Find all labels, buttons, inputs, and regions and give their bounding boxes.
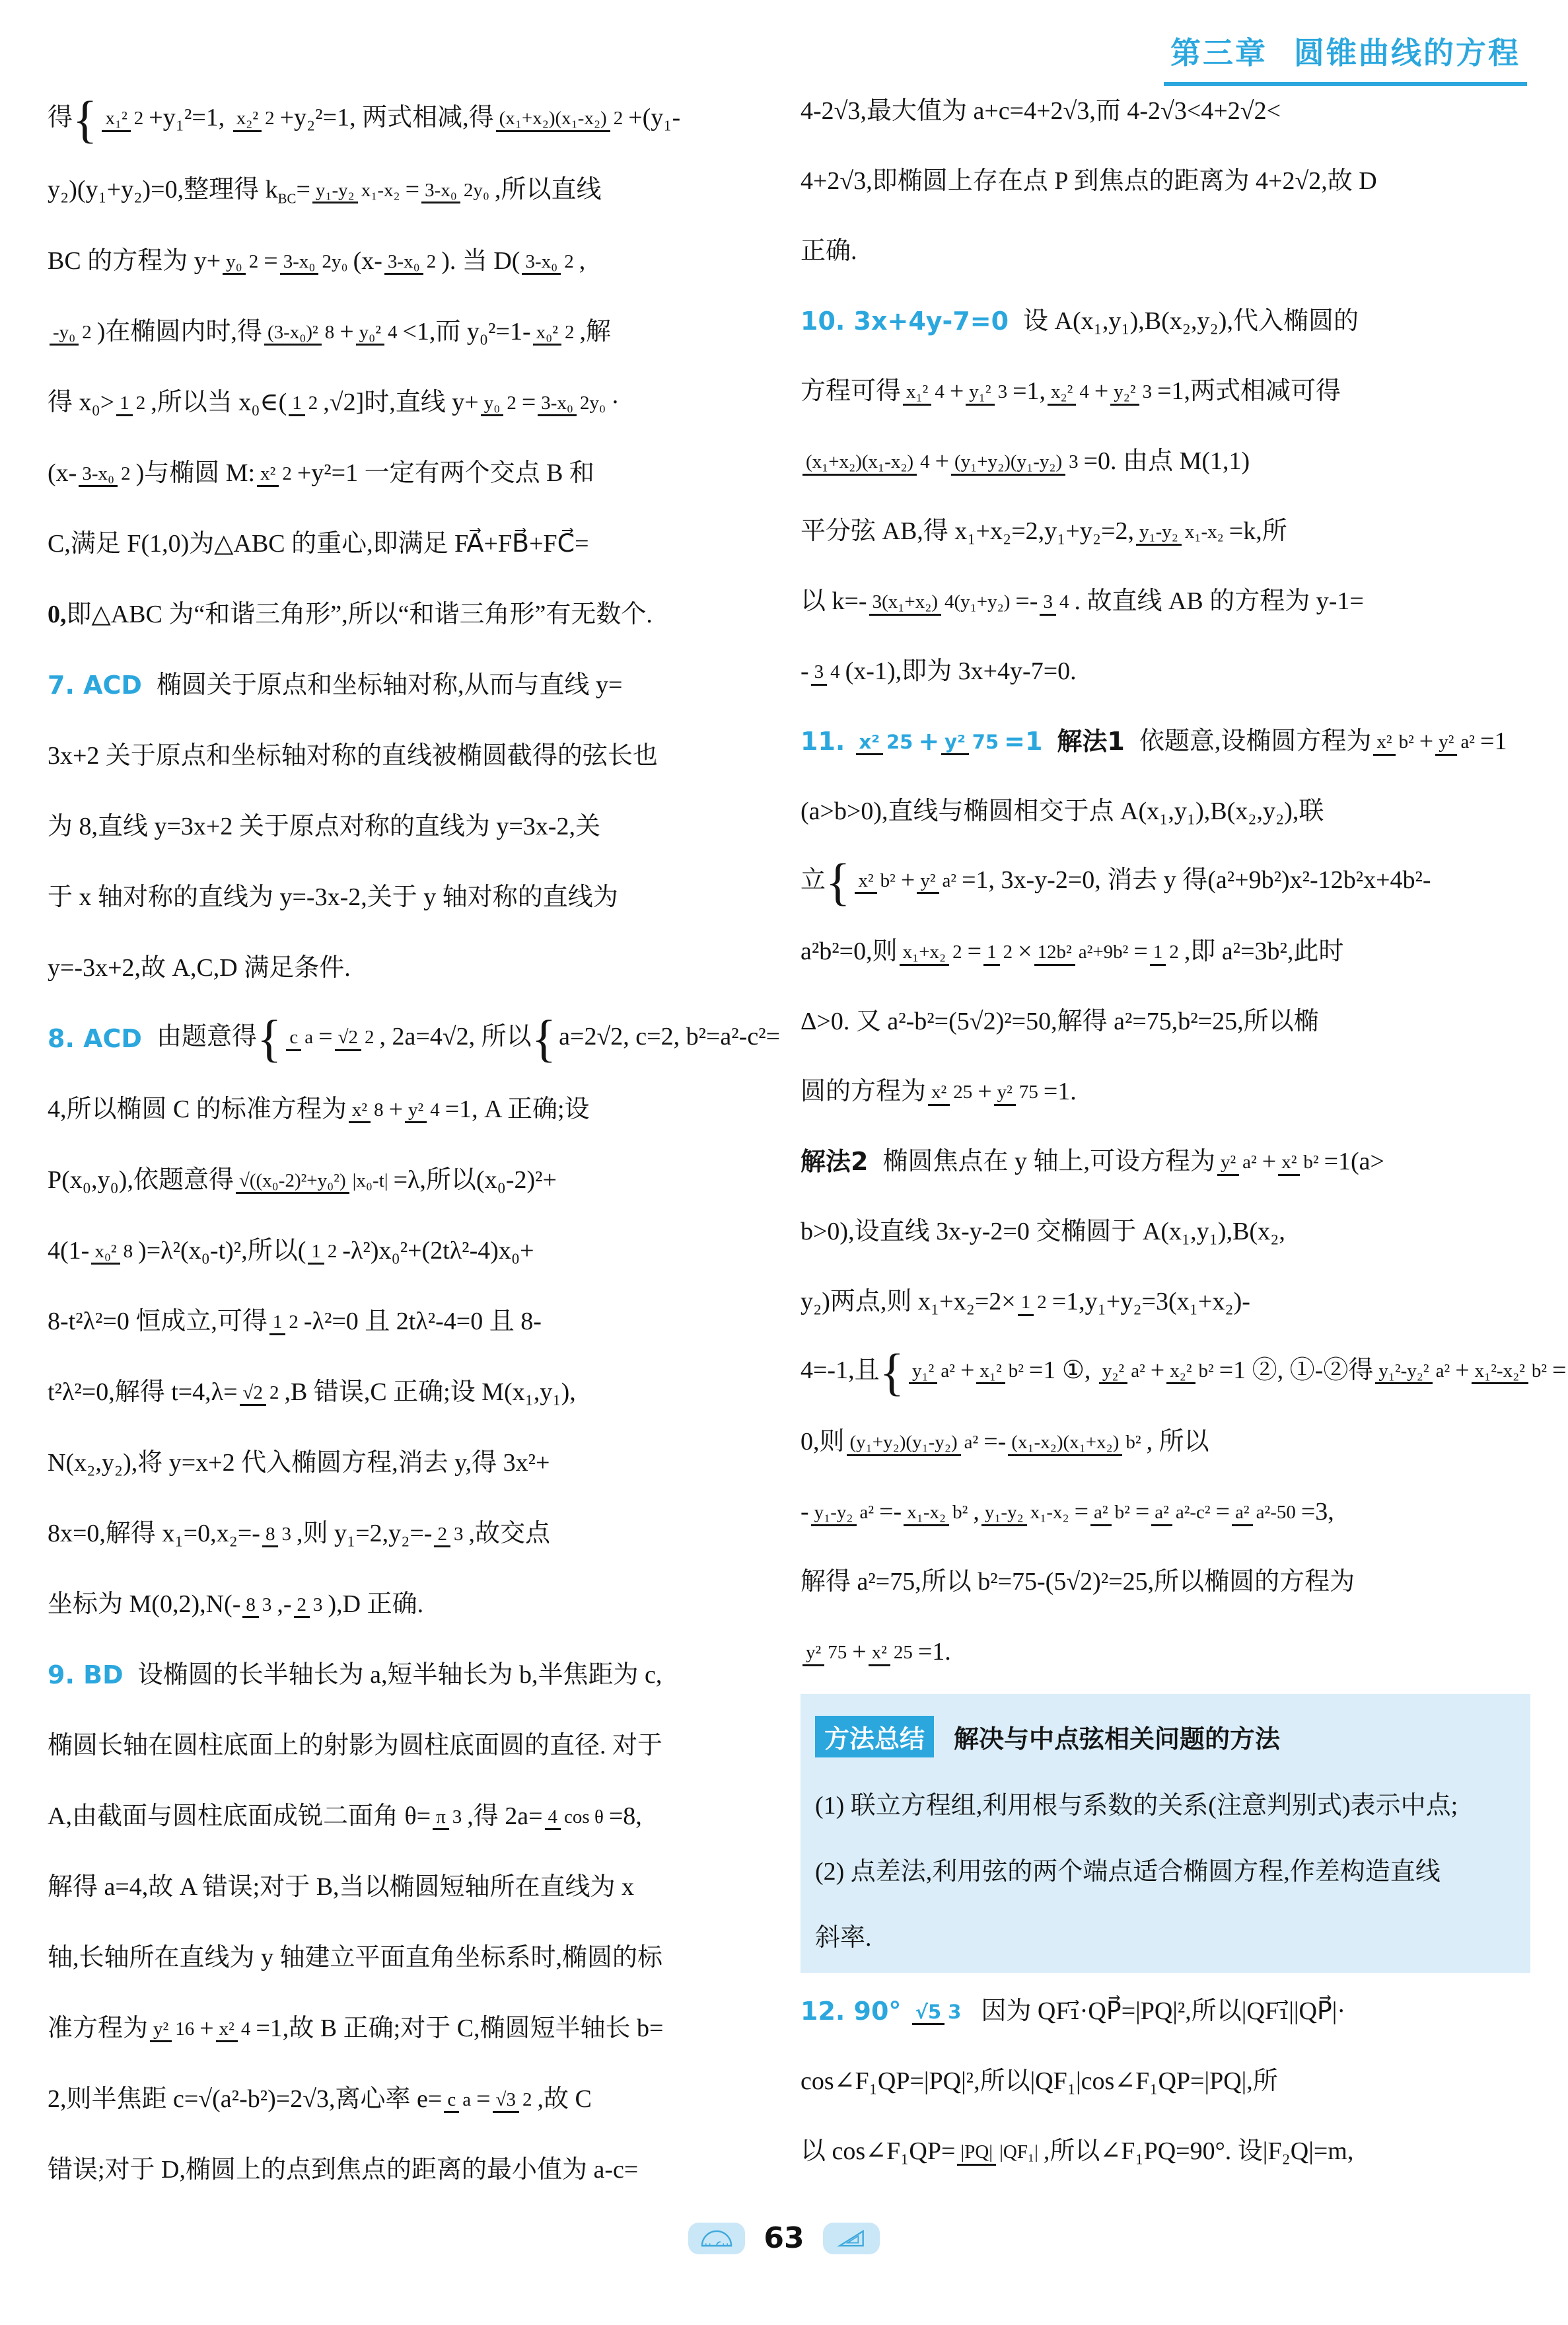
method-box-label: 方法总结 bbox=[815, 1716, 934, 1757]
text-line: 11. x²25+y²75=1解法1依题意,设椭圆方程为x²b²+y²a²=1 bbox=[801, 707, 1530, 777]
right-column-top: 4-2√3,最大值为 a+c=4+2√3,而 4-2√3<4+2√2<4+2√3… bbox=[801, 77, 1530, 1687]
text-line: 0,即△ABC 为“和谐三角形”,所以“和谐三角形”有无数个. bbox=[48, 579, 771, 650]
text-line: 解法2椭圆焦点在 y 轴上,可设方程为y²a²+x²b²=1(a> bbox=[801, 1127, 1530, 1197]
text-line: 得 x₀>12,所以当 x₀∈(12,√2]时,直线 y+y₀2=3-x₀2y₀… bbox=[48, 367, 771, 438]
text-line: 立{x²b²+y²a²=1, 3x-y-2=0, 消去 y 得(a²+9b²)x… bbox=[801, 847, 1530, 917]
text-line: N(x₂,y₂),将 y=x+2 代入椭圆方程,消去 y,得 3x²+ bbox=[48, 1428, 771, 1498]
right-column-bottom: 12. 90° √53因为 QF₁⃗·QP⃗=|PQ|²,所以|QF₁⃗||QP… bbox=[801, 1977, 1530, 2187]
text-line: (a>b>0),直线与椭圆相交于点 A(x₁,y₁),B(x₂,y₂),联 bbox=[801, 777, 1530, 847]
text-line: P(x₀,y₀),依题意得√((x₀-2)²+y₀²)|x₀-t|=λ,所以(x… bbox=[48, 1145, 771, 1216]
text-line: (x-3-x₀2)与椭圆 M:x²2+y²=1 一定有两个交点 B 和 bbox=[48, 438, 771, 509]
text-line: 3x+2 关于原点和坐标轴对称的直线被椭圆截得的弦长也 bbox=[48, 721, 771, 792]
text-line: y²75+x²25=1. bbox=[801, 1617, 1530, 1687]
chapter-title: 圆锥曲线的方程 bbox=[1294, 35, 1520, 71]
method-box: 方法总结 解决与中点弦相关问题的方法 (1) 联立方程组,利用根与系数的关系(注… bbox=[801, 1694, 1530, 1973]
text-line: y₂)(y₁+y₂)=0,整理得 kBC=y₁-y₂x₁-x₂=3-x₀2y₀,… bbox=[48, 155, 771, 226]
text-line: 4,所以椭圆 C 的标准方程为x²8+y²4=1, A 正确;设 bbox=[48, 1074, 771, 1145]
text-line: 4+2√3,即椭圆上存在点 P 到焦点的距离为 4+2√2,故 D bbox=[801, 147, 1530, 217]
text-line: 准方程为y²16+x²4=1,故 B 正确;对于 C,椭圆短半轴长 b= bbox=[48, 1993, 771, 2064]
text-line: 平分弦 AB,得 x₁+x₂=2,y₁+y₂=2,y₁-y₂x₁-x₂=k,所 bbox=[801, 497, 1530, 567]
text-line: C,满足 F(1,0)为△ABC 的重心,即满足 FA⃗+FB⃗+FC⃗= bbox=[48, 509, 771, 579]
text-line: BC 的方程为 y+y₀2=3-x₀2y₀(x-3-x₀2). 当 D(3-x₀… bbox=[48, 226, 771, 297]
text-line: 得{x₁²2+y₁²=1, x₂²2+y₂²=1, 两式相减,得(x₁+x₂)(… bbox=[48, 85, 771, 155]
text-line: 8x=0,解得 x₁=0,x₂=-83,则 y₁=2,y₂=-23,故交点 bbox=[48, 1498, 771, 1569]
answer-badge: 8. ACD bbox=[48, 1023, 142, 1055]
text-line: 7. ACD椭圆关于原点和坐标轴对称,从而与直线 y= bbox=[48, 650, 771, 721]
text-line: 方程可得x₁²4+y₁²3=1,x₂²4+y₂²3=1,两式相减可得 bbox=[801, 357, 1530, 427]
text-line: 错误;对于 D,椭圆上的点到焦点的距离的最小值为 a-c= bbox=[48, 2135, 771, 2205]
text-line: 12. 90° √53因为 QF₁⃗·QP⃗=|PQ|²,所以|QF₁⃗||QP… bbox=[801, 1977, 1530, 2047]
protractor-icon bbox=[688, 2223, 745, 2254]
page: 第三章圆锥曲线的方程 得{x₁²2+y₁²=1, x₂²2+y₂²=1, 两式相… bbox=[0, 0, 1568, 2325]
text-line: (x₁+x₂)(x₁-x₂)4+(y₁+y₂)(y₁-y₂)3=0. 由点 M(… bbox=[801, 427, 1530, 497]
text-line: 以 cos∠F₁QP=|PQ||QF₁|,所以∠F₁PQ=90°. 设|F₂Q|… bbox=[801, 2117, 1530, 2187]
text-line: 9. BD设椭圆的长半轴长为 a,短半轴长为 b,半焦距为 c, bbox=[48, 1640, 771, 1711]
answer-badge: 9. BD bbox=[48, 1660, 124, 1691]
text-line: 坐标为 M(0,2),N(-83,-23),D 正确. bbox=[48, 1569, 771, 1640]
text-line: 轴,长轴所在直线为 y 轴建立平面直角坐标系时,椭圆的标 bbox=[48, 1923, 771, 1993]
left-column: 得{x₁²2+y₁²=1, x₂²2+y₂²=1, 两式相减,得(x₁+x₂)(… bbox=[48, 85, 771, 2205]
chapter-number: 第三章 bbox=[1170, 35, 1267, 71]
text-line: y₂)两点,则 x₁+x₂=2×12=1,y₁+y₂=3(x₁+x₂)- bbox=[801, 1267, 1530, 1337]
text-line: 10. 3x+4y-7=0设 A(x₁,y₁),B(x₂,y₂),代入椭圆的 bbox=[801, 287, 1530, 357]
text-line: -34(x-1),即为 3x+4y-7=0. bbox=[801, 637, 1530, 707]
text-line: b>0),设直线 3x-y-2=0 交椭圆于 A(x₁,y₁),B(x₂, bbox=[801, 1197, 1530, 1267]
text-line: 解得 a=4,故 A 错误;对于 B,当以椭圆短轴所在直线为 x bbox=[48, 1852, 771, 1923]
answer-badge: 10. 3x+4y-7=0 bbox=[801, 306, 1009, 338]
text-line: 4(1-x₀²8)=λ²(x₀-t)²,所以(12-λ²)x₀²+(2tλ²-4… bbox=[48, 1216, 771, 1286]
text-line: 0,则(y₁+y₂)(y₁-y₂)a²=-(x₁-x₂)(x₁+x₂)b², 所… bbox=[801, 1407, 1530, 1477]
text-line: 解得 a²=75,所以 b²=75-(5√2)²=25,所以椭圆的方程为 bbox=[801, 1547, 1530, 1617]
text-line: Δ>0. 又 a²-b²=(5√2)²=50,解得 a²=75,b²=25,所以… bbox=[801, 987, 1530, 1057]
page-number: 63 bbox=[764, 2221, 804, 2255]
text-line: 8. ACD由题意得{ca=√22, 2a=4√2, 所以{a=2√2, c=2… bbox=[48, 1004, 771, 1074]
text-line: -y₀2)在椭圆内时,得(3-x₀)²8+y₀²4<1,而 y₀²=1-x₀²2… bbox=[48, 297, 771, 367]
text-line: 椭圆长轴在圆柱底面上的射影为圆柱底面圆的直径. 对于 bbox=[48, 1711, 771, 1781]
method-box-title: 解决与中点弦相关问题的方法 bbox=[954, 1718, 1280, 1755]
answer-badge: 11. x²25+y²75=1 bbox=[801, 726, 1042, 758]
text-line: 正确. bbox=[801, 217, 1530, 287]
text-line: A,由截面与圆柱底面成锐二面角 θ=π3,得 2a=4cos θ=8, bbox=[48, 1781, 771, 1852]
text-line: 于 x 轴对称的直线为 y=-3x-2,关于 y 轴对称的直线为 bbox=[48, 862, 771, 933]
right-column: 4-2√3,最大值为 a+c=4+2√3,而 4-2√3<4+2√2<4+2√3… bbox=[801, 77, 1530, 2187]
answer-badge: 12. 90° √53 bbox=[801, 1996, 966, 2028]
text-line: 4=-1,且{y₁²a²+x₁²b²=1 ①, y₂²a²+x₂²b²=1 ②,… bbox=[801, 1337, 1530, 1407]
text-line: t²λ²=0,解得 t=4,λ=√22,B 错误,C 正确;设 M(x₁,y₁)… bbox=[48, 1357, 771, 1428]
text-line: 2,则半焦距 c=√(a²-b²)=2√3,离心率 e=ca=√32,故 C bbox=[48, 2064, 771, 2135]
method-box-item: (2) 点差法,利用弦的两个端点适合椭圆方程,作差构造直线 bbox=[815, 1835, 1516, 1901]
text-line: a²b²=0,则x₁+x₂2=12×12b²a²+9b²=12,即 a²=3b²… bbox=[801, 917, 1530, 987]
text-line: 以 k=-3(x₁+x₂)4(y₁+y₂)=-34. 故直线 AB 的方程为 y… bbox=[801, 567, 1530, 637]
page-footer: 63 bbox=[0, 2221, 1568, 2255]
text-line: 4-2√3,最大值为 a+c=4+2√3,而 4-2√3<4+2√2< bbox=[801, 77, 1530, 147]
triangle-ruler-icon bbox=[823, 2223, 880, 2254]
method-box-header: 方法总结 解决与中点弦相关问题的方法 bbox=[815, 1703, 1516, 1769]
text-line: cos∠F₁QP=|PQ|²,所以|QF₁|cos∠F₁QP=|PQ|,所 bbox=[801, 2047, 1530, 2117]
text-line: -y₁-y₂a²=-x₁-x₂b²,y₁-y₂x₁-x₂=a²b²=a²a²-c… bbox=[801, 1477, 1530, 1547]
text-line: 圆的方程为x²25+y²75=1. bbox=[801, 1057, 1530, 1127]
text-line: 8-t²λ²=0 恒成立,可得12-λ²=0 且 2tλ²-4=0 且 8- bbox=[48, 1286, 771, 1357]
method-box-item: 斜率. bbox=[815, 1901, 1516, 1968]
method-box-item: (1) 联立方程组,利用根与系数的关系(注意判别式)表示中点; bbox=[815, 1769, 1516, 1835]
answer-badge: 7. ACD bbox=[48, 670, 142, 702]
text-line: 为 8,直线 y=3x+2 关于原点对称的直线为 y=3x-2,关 bbox=[48, 792, 771, 862]
method-box-items: (1) 联立方程组,利用根与系数的关系(注意判别式)表示中点;(2) 点差法,利… bbox=[815, 1769, 1516, 1968]
text-line: y=-3x+2,故 A,C,D 满足条件. bbox=[48, 933, 771, 1004]
